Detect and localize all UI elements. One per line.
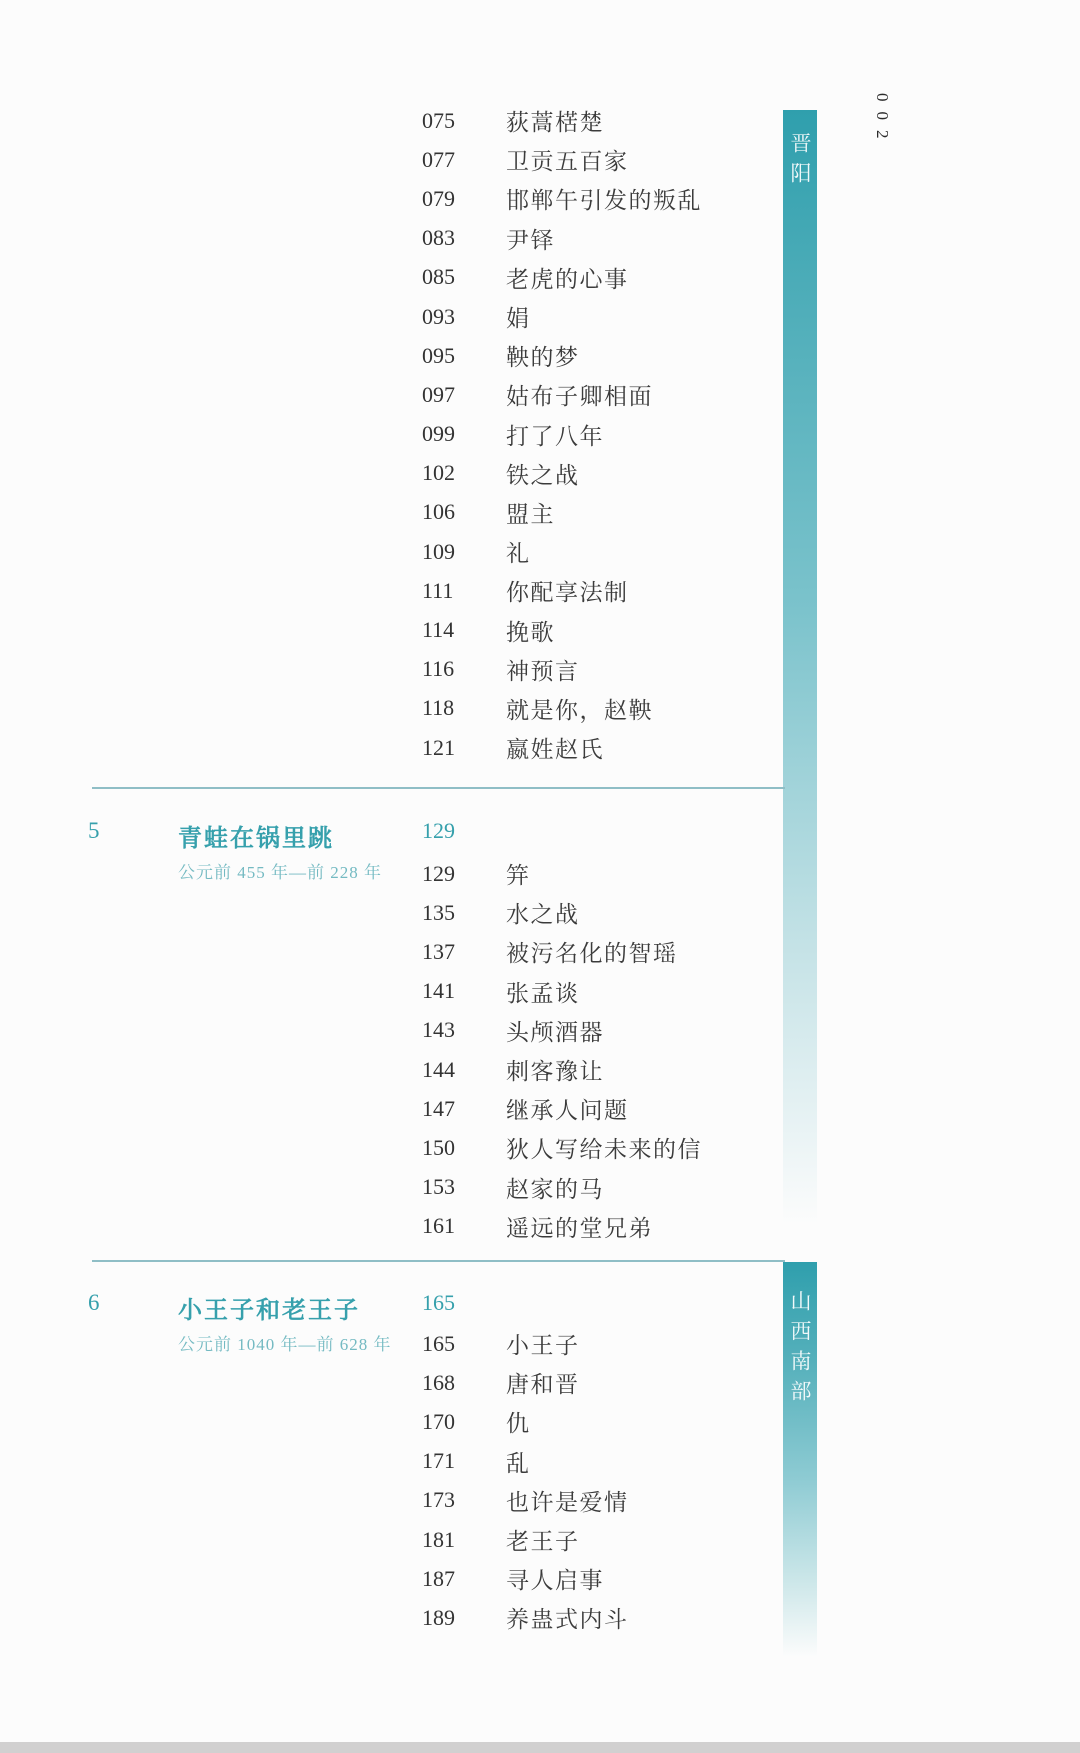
- entry-title: 卫贡五百家: [506, 143, 629, 176]
- entry-page-number: 095: [422, 343, 506, 369]
- entry-title: 挽歌: [506, 614, 555, 647]
- toc-entry[interactable]: 116神预言: [422, 650, 792, 689]
- toc-entry[interactable]: 189养蛊式内斗: [422, 1598, 792, 1637]
- toc-entry[interactable]: 173也许是爱情: [422, 1481, 792, 1520]
- entry-title: 邯郸午引发的叛乱: [506, 182, 702, 215]
- toc-entry[interactable]: 141张孟谈: [422, 972, 792, 1011]
- entry-page-number: 141: [422, 978, 506, 1004]
- entry-title: 铁之战: [506, 457, 580, 490]
- toc-entry[interactable]: 085老虎的心事: [422, 258, 792, 297]
- toc-entry[interactable]: 143头颅酒器: [422, 1011, 792, 1050]
- toc-entry[interactable]: 099打了八年: [422, 415, 792, 454]
- entry-title: 就是你，赵鞅: [506, 692, 653, 725]
- entry-title: 礼: [506, 535, 531, 568]
- entry-title: 神预言: [506, 653, 580, 686]
- entry-page-number: 085: [422, 264, 506, 290]
- entry-page-number: 111: [422, 578, 506, 604]
- section-divider: [92, 787, 785, 789]
- entry-page-number: 075: [422, 108, 506, 134]
- entry-page-number: 173: [422, 1487, 506, 1513]
- toc-entry[interactable]: 147继承人问题: [422, 1089, 792, 1128]
- entry-title: 你配享法制: [506, 574, 629, 607]
- entry-title: 也许是爱情: [506, 1484, 629, 1517]
- entry-page-number: 189: [422, 1605, 506, 1631]
- chapter6-page-number: 165: [422, 1290, 455, 1316]
- toc-entry[interactable]: 075荻蒿楛楚: [422, 101, 792, 140]
- chapter5-date-range: 公元前 455 年—前 228 年: [178, 858, 382, 883]
- entry-page-number: 079: [422, 186, 506, 212]
- entry-page-number: 153: [422, 1174, 506, 1200]
- toc-entry[interactable]: 168唐和晋: [422, 1363, 792, 1402]
- toc-entry[interactable]: 093娟: [422, 297, 792, 336]
- toc-entry[interactable]: 106盟主: [422, 493, 792, 532]
- toc-entry[interactable]: 171乱: [422, 1442, 792, 1481]
- entry-page-number: 118: [422, 695, 506, 721]
- entry-page-number: 083: [422, 225, 506, 251]
- chapter6-date-range: 公元前 1040 年—前 628 年: [178, 1330, 392, 1355]
- entry-title: 娟: [506, 300, 531, 333]
- entry-title: 鞅的梦: [506, 339, 580, 372]
- toc-entry[interactable]: 121嬴姓赵氏: [422, 728, 792, 767]
- toc-entry[interactable]: 095鞅的梦: [422, 336, 792, 375]
- chapter5-title[interactable]: 青蛙在锅里跳: [178, 818, 334, 853]
- entry-title: 小王子: [506, 1327, 580, 1360]
- toc-entry[interactable]: 109礼: [422, 532, 792, 571]
- entry-title: 寻人启事: [506, 1562, 604, 1595]
- chapter6-number: 6: [88, 1290, 100, 1316]
- toc-entry[interactable]: 161遥远的堂兄弟: [422, 1207, 792, 1246]
- toc-entry[interactable]: 102铁之战: [422, 454, 792, 493]
- entry-title: 继承人问题: [506, 1092, 629, 1125]
- toc-entry[interactable]: 150狄人写给未来的信: [422, 1128, 792, 1167]
- entry-page-number: 077: [422, 147, 506, 173]
- section-divider: [92, 1260, 785, 1262]
- entry-page-number: 121: [422, 735, 506, 761]
- toc-entry[interactable]: 181老王子: [422, 1520, 792, 1559]
- entry-title: 荻蒿楛楚: [506, 104, 604, 137]
- entry-page-number: 171: [422, 1448, 506, 1474]
- toc-entry[interactable]: 097姑布子卿相面: [422, 375, 792, 414]
- entry-page-number: 170: [422, 1409, 506, 1435]
- entry-page-number: 187: [422, 1566, 506, 1592]
- entry-title: 被污名化的智瑶: [506, 935, 678, 968]
- entry-title: 遥远的堂兄弟: [506, 1210, 653, 1243]
- toc-entry[interactable]: 187寻人启事: [422, 1559, 792, 1598]
- entry-page-number: 144: [422, 1057, 506, 1083]
- entry-title: 张孟谈: [506, 975, 580, 1008]
- toc-entry[interactable]: 137被污名化的智瑶: [422, 932, 792, 971]
- entry-page-number: 129: [422, 861, 506, 887]
- entry-title: 笄: [506, 857, 531, 890]
- entry-title: 狄人写给未来的信: [506, 1131, 702, 1164]
- toc-entry[interactable]: 079邯郸午引发的叛乱: [422, 179, 792, 218]
- page-bottom-edge: [0, 1742, 1080, 1753]
- entry-page-number: 106: [422, 499, 506, 525]
- toc-entry[interactable]: 111你配享法制: [422, 571, 792, 610]
- entry-page-number: 093: [422, 304, 506, 330]
- entry-title: 乱: [506, 1445, 531, 1478]
- entry-title: 老虎的心事: [506, 261, 629, 294]
- toc-entry[interactable]: 129笄: [422, 854, 792, 893]
- entry-title: 唐和晋: [506, 1366, 580, 1399]
- toc-entry[interactable]: 114挽歌: [422, 610, 792, 649]
- entry-title: 头颅酒器: [506, 1014, 604, 1047]
- entry-list-chapter5: 129笄135水之战137被污名化的智瑶141张孟谈143头颅酒器144刺客豫让…: [422, 854, 792, 1246]
- toc-entry[interactable]: 118就是你，赵鞅: [422, 689, 792, 728]
- entry-page-number: 135: [422, 900, 506, 926]
- folio-page-number: 002: [872, 93, 892, 149]
- entry-title: 养蛊式内斗: [506, 1601, 629, 1634]
- entry-page-number: 168: [422, 1370, 506, 1396]
- chapter5-page-number: 129: [422, 818, 455, 844]
- entry-page-number: 161: [422, 1213, 506, 1239]
- toc-entry[interactable]: 165小王子: [422, 1324, 792, 1363]
- toc-entry[interactable]: 077卫贡五百家: [422, 140, 792, 179]
- entry-title: 姑布子卿相面: [506, 378, 653, 411]
- toc-entry[interactable]: 144刺客豫让: [422, 1050, 792, 1089]
- toc-entry[interactable]: 170仇: [422, 1402, 792, 1441]
- entry-list-chapter6: 165小王子168唐和晋170仇171乱173也许是爱情181老王子187寻人启…: [422, 1324, 792, 1638]
- entry-title: 尹铎: [506, 222, 555, 255]
- entry-page-number: 137: [422, 939, 506, 965]
- entry-page-number: 181: [422, 1527, 506, 1553]
- entry-title: 赵家的马: [506, 1171, 604, 1204]
- entry-title: 仇: [506, 1405, 531, 1438]
- entry-page-number: 102: [422, 460, 506, 486]
- entry-title: 嬴姓赵氏: [506, 731, 604, 764]
- entry-list-continued: 075荻蒿楛楚077卫贡五百家079邯郸午引发的叛乱083尹铎085老虎的心事0…: [422, 101, 792, 767]
- entry-page-number: 109: [422, 539, 506, 565]
- entry-title: 打了八年: [506, 418, 604, 451]
- entry-page-number: 099: [422, 421, 506, 447]
- entry-page-number: 116: [422, 656, 506, 682]
- chapter6-title[interactable]: 小王子和老王子: [178, 1290, 360, 1325]
- entry-page-number: 143: [422, 1017, 506, 1043]
- entry-page-number: 097: [422, 382, 506, 408]
- chapter5-number: 5: [88, 818, 100, 844]
- entry-page-number: 114: [422, 617, 506, 643]
- entry-page-number: 165: [422, 1331, 506, 1357]
- entry-page-number: 150: [422, 1135, 506, 1161]
- toc-entry[interactable]: 083尹铎: [422, 219, 792, 258]
- entry-title: 盟主: [506, 496, 555, 529]
- entry-title: 老王子: [506, 1523, 580, 1556]
- toc-entry[interactable]: 135水之战: [422, 893, 792, 932]
- entry-title: 刺客豫让: [506, 1053, 604, 1086]
- toc-page: 002 晋阳 山西南部 075荻蒿楛楚077卫贡五百家079邯郸午引发的叛乱08…: [0, 0, 1080, 1753]
- toc-entry[interactable]: 153赵家的马: [422, 1168, 792, 1207]
- entry-title: 水之战: [506, 896, 580, 929]
- entry-page-number: 147: [422, 1096, 506, 1122]
